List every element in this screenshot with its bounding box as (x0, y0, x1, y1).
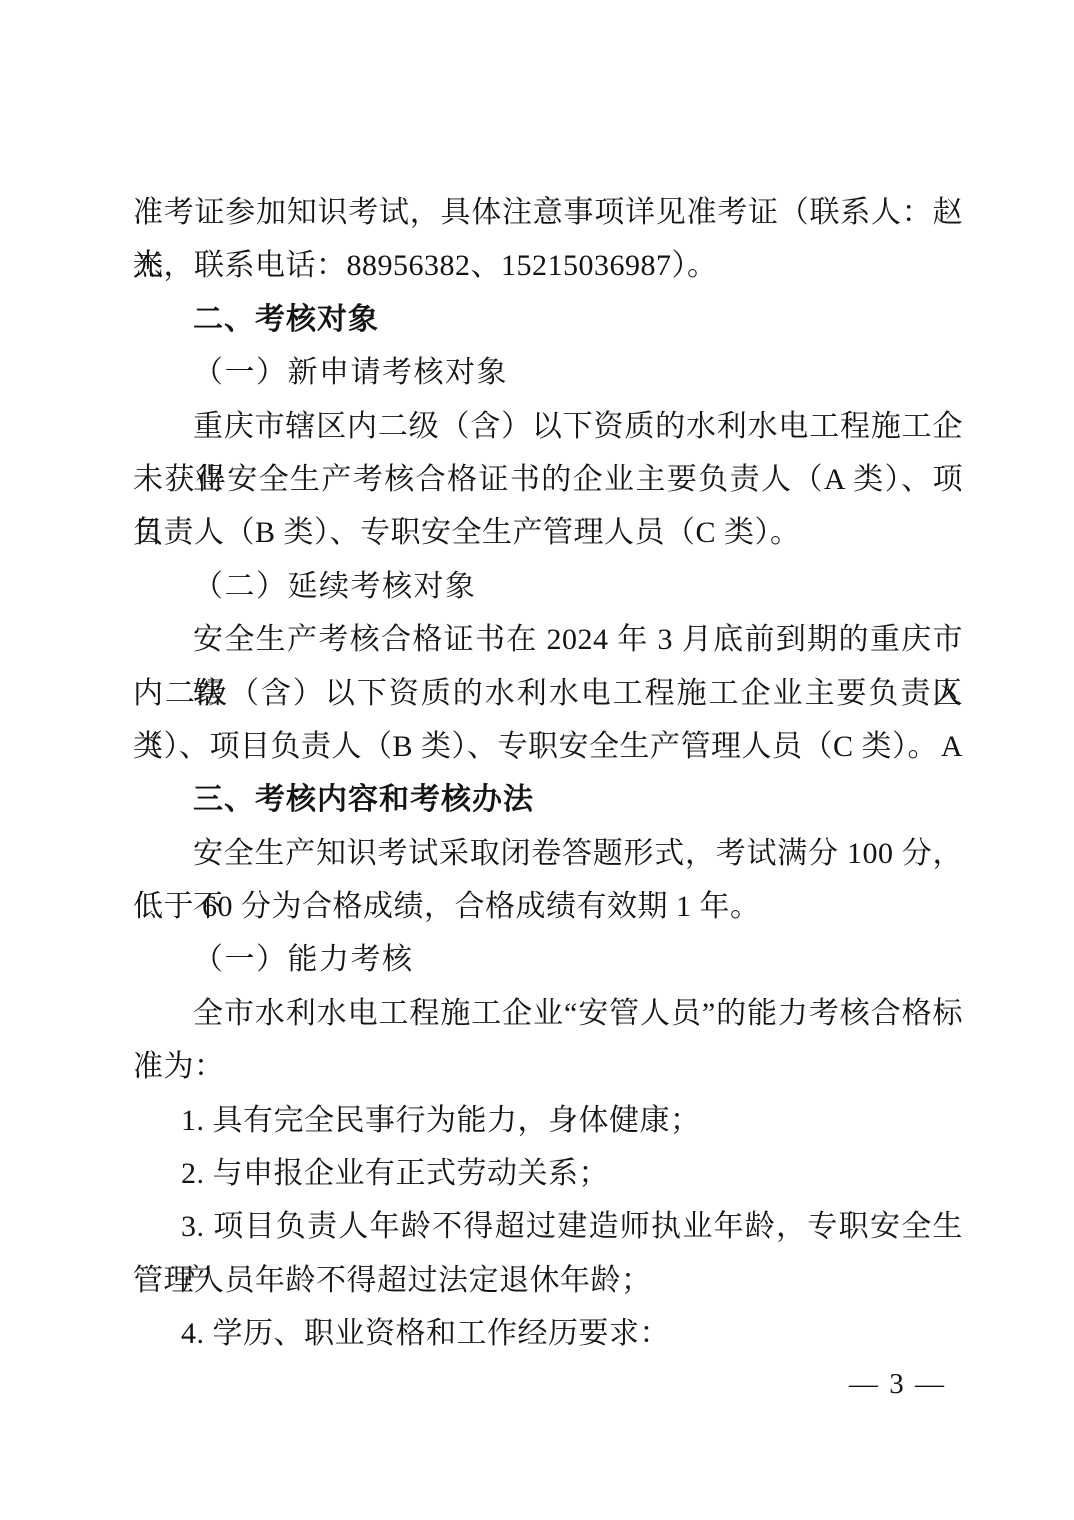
subheading-new-applicants: （一）新申请考核对象 (133, 346, 963, 399)
list-item-2: 2. 与申报企业有正式劳动关系； (133, 1147, 963, 1200)
page-number: — 3 — (849, 1358, 946, 1411)
body-line: 安全生产知识考试采取闭卷答题形式，考试满分 100 分，不 (133, 827, 963, 880)
body-line: 杰，联系电话：88956382、15215036987）。 (133, 239, 963, 292)
list-item-1: 1. 具有完全民事行为能力，身体健康； (133, 1094, 963, 1147)
body-line: 安全生产考核合格证书在 2024 年 3 月底前到期的重庆市辖区 (133, 613, 963, 666)
list-item-3: 3. 项目负责人年龄不得超过建造师执业年龄，专职安全生产 (133, 1200, 963, 1253)
document-page: 准考证参加知识考试，具体注意事项详见准考证（联系人：赵光 杰，联系电话：8895… (0, 0, 1074, 1520)
heading-section-3: 三、考核内容和考核办法 (133, 773, 963, 826)
body-line: 准考证参加知识考试，具体注意事项详见准考证（联系人：赵光 (133, 186, 963, 239)
document-text-block: 准考证参加知识考试，具体注意事项详见准考证（联系人：赵光 杰，联系电话：8895… (133, 186, 963, 1361)
body-line: 全市水利水电工程施工企业“安管人员”的能力考核合格标 (133, 987, 963, 1040)
body-line: 未获得安全生产考核合格证书的企业主要负责人（A 类）、项目 (133, 453, 963, 506)
body-line: 重庆市辖区内二级（含）以下资质的水利水电工程施工企业 (133, 400, 963, 453)
heading-section-2: 二、考核对象 (133, 293, 963, 346)
body-line: 准为： (133, 1040, 963, 1093)
body-line: 负责人（B 类）、专职安全生产管理人员（C 类）。 (133, 506, 963, 559)
subheading-capability: （一）能力考核 (133, 933, 963, 986)
list-item-4: 4. 学历、职业资格和工作经历要求： (133, 1307, 963, 1360)
subheading-renewal: （二）延续考核对象 (133, 560, 963, 613)
body-line: 低于 60 分为合格成绩，合格成绩有效期 1 年。 (133, 880, 963, 933)
body-line: 管理人员年龄不得超过法定退休年龄； (133, 1254, 963, 1307)
body-line: 类）、项目负责人（B 类）、专职安全生产管理人员（C 类）。 (133, 720, 963, 773)
body-line: 内二级（含）以下资质的水利水电工程施工企业主要负责人（A (133, 667, 963, 720)
